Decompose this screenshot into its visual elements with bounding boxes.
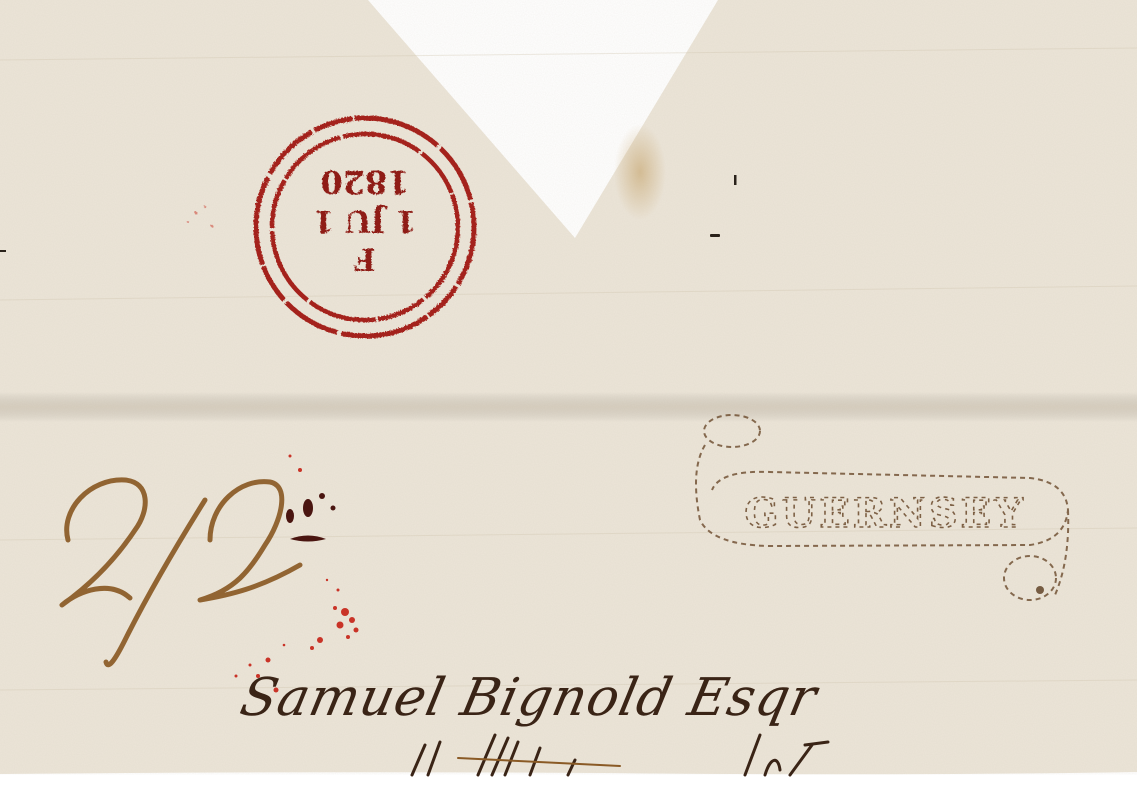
- letter-scan: F 1 JU 1 1820 GUERNSEY: [0, 0, 1137, 800]
- guernsey-stamp-text: GUERNSEY: [744, 490, 1025, 537]
- paper-sheet: [0, 0, 1137, 774]
- datestamp-line2: 1 JU 1: [314, 203, 417, 238]
- datestamp-line3: 1820: [320, 163, 409, 201]
- datestamp-line1: F: [354, 241, 375, 276]
- fold-crease: [0, 392, 1137, 422]
- foxing-stain: [614, 124, 666, 220]
- address-line-1: Samuel Bignold Esqr: [235, 668, 824, 728]
